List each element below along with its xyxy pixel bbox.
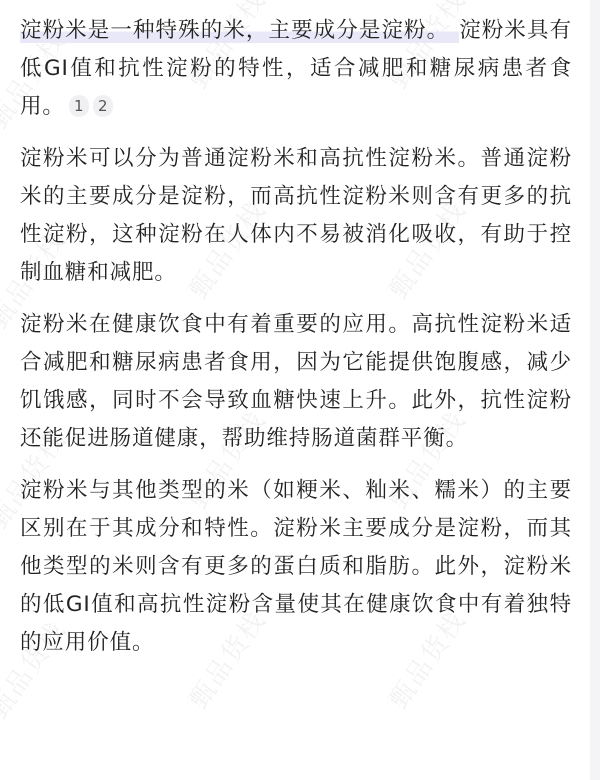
citation-badge-2[interactable]: 2 (93, 95, 113, 117)
paragraph-health-use: 淀粉米在健康饮食中有着重要的应用。高抗性淀粉米适合减肥和糖尿病患者食用，因为它能… (20, 306, 572, 458)
paragraph-types: 淀粉米可以分为普通淀粉米和高抗性淀粉米。普通淀粉米的主要成分是淀粉，而高抗性淀粉… (20, 140, 572, 292)
citation-badge-1[interactable]: 1 (69, 95, 89, 117)
answer-body: 淀粉米是一种特殊的米，主要成分是淀粉。淀粉米具有低GI值和抗性淀粉的特性，适合减… (20, 12, 572, 676)
paragraph-intro: 淀粉米是一种特殊的米，主要成分是淀粉。淀粉米具有低GI值和抗性淀粉的特性，适合减… (20, 12, 572, 126)
scroll-edge (590, 0, 600, 780)
paragraph-comparison: 淀粉米与其他类型的米（如粳米、籼米、糯米）的主要区别在于其成分和特性。淀粉米主要… (20, 472, 572, 662)
highlighted-sentence: 淀粉米是一种特殊的米，主要成分是淀粉。 (20, 18, 459, 43)
